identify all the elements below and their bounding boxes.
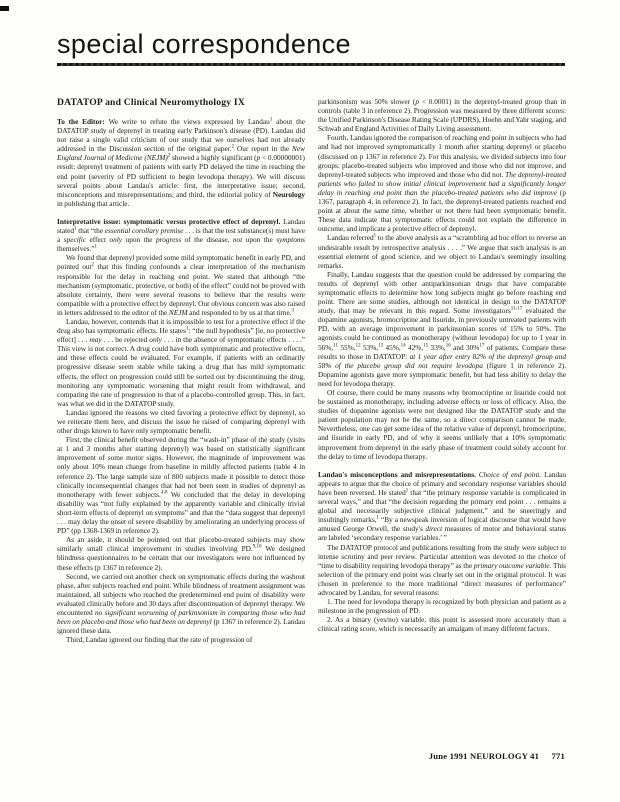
text-run: We write to refute the views expressed b… [109, 117, 270, 126]
masthead-rule [57, 63, 565, 66]
section-title: special correspondence [57, 30, 565, 60]
text-run: . . . in the absence of symptomatic effe… [57, 335, 305, 408]
text-run: essential corollary premise [105, 226, 184, 235]
article-body: DATATOP and Clinical Neuromythology IX T… [57, 97, 567, 644]
text-run: symptoms [276, 235, 305, 244]
reference-superscript: 3 [292, 308, 295, 313]
paragraph: Interpretative issue: symptomatic versus… [57, 217, 305, 253]
text-run: of the disease, [181, 235, 233, 244]
footer-page-number: 771 [552, 751, 566, 761]
paragraph: 1. The need for levodopa therapy is reco… [318, 597, 566, 615]
paragraph: Fourth, Landau ignored the comparison of… [318, 133, 566, 233]
text-run: themselves.” [57, 244, 95, 253]
paragraph: Landau referred1 to the above analysis a… [318, 233, 566, 269]
text-column-right: parkinsonism was 50% slower (p < 0.0001)… [318, 97, 566, 644]
text-run: upon the [122, 235, 156, 244]
paragraph: Finally, Landau suggests that the questi… [318, 270, 566, 388]
paragraph: Third, Landau ignored our finding that t… [57, 635, 305, 644]
text-run: Neurology [273, 190, 305, 199]
paragraph: 2. As a binary (yes/no) variable, this p… [318, 615, 566, 633]
text-run: not [233, 235, 242, 244]
text-run: effect [86, 235, 109, 244]
text-run: upon the [242, 235, 276, 244]
text-run: and 30% [451, 343, 480, 352]
text-run: Landau referred [327, 233, 374, 242]
text-run: primary outcome variable. [474, 561, 552, 570]
text-run: 1. The need for levodopa therapy is reco… [318, 597, 566, 615]
paragraph: First, the clinical benefit observed dur… [57, 435, 305, 535]
text-run: and responded to by us at that time. [188, 308, 292, 317]
paragraph: To the Editor: We write to refute the vi… [57, 117, 305, 208]
footer-journal: NEUROLOGY 41 [470, 751, 539, 761]
text-run: in publishing that article. [57, 199, 129, 208]
footer-issue: June 1991 [429, 751, 468, 761]
text-run: Interpretative issue: symptomatic versus… [57, 217, 283, 226]
text-run: 42%, [406, 343, 424, 352]
paragraph: Landau's misconceptions and misrepresent… [318, 470, 566, 543]
text-run: showed a highly significant ( [170, 153, 256, 162]
text-run: 2. As a binary (yes/no) variable, this p… [318, 615, 566, 633]
reference-superscript: 1 [95, 245, 98, 250]
text-run: . . . be rejected [102, 335, 150, 344]
reference-superscript: 4-8 [161, 490, 168, 495]
text-run: specific [64, 235, 86, 244]
paragraph: Landau ignored the reasons we cited favo… [57, 408, 305, 435]
text-run: that “the [77, 226, 105, 235]
text-run: only [149, 335, 162, 344]
text-run: progress [156, 235, 181, 244]
text-run: NEJM [169, 308, 188, 317]
paragraph: As an aside, it should be pointed out th… [57, 535, 305, 571]
text-run: may [90, 335, 102, 344]
text-run: only [109, 235, 122, 244]
text-run: 33%, [428, 343, 446, 352]
text-run: 45%, [383, 343, 401, 352]
article-title: DATATOP and Clinical Neuromythology IX [57, 97, 305, 108]
scan-corner-mark [0, 6, 9, 11]
paragraph: We found that deprenyl provided some mil… [57, 253, 305, 317]
text-run: 55%, [338, 343, 356, 352]
text-run: Of course, there could be many reasons w… [318, 388, 566, 461]
page-footer: June 1991 NEUROLOGY 41 771 [429, 751, 565, 761]
text-run: 53%, [361, 343, 379, 352]
text-column-left: DATATOP and Clinical Neuromythology IX T… [57, 97, 305, 644]
reference-superscript: 11-17 [511, 307, 522, 312]
paragraph: parkinsonism was 50% slower (p < 0.0001)… [318, 97, 566, 133]
text-run: parkinsonism was 50% slower ( [318, 97, 415, 106]
text-run: Landau ignored the reasons we cited favo… [57, 408, 305, 435]
text-run: To the Editor: [57, 117, 109, 126]
paragraph: Of course, there could be many reasons w… [318, 388, 566, 461]
text-run: Choice of end point. [479, 470, 544, 479]
text-run: direct [425, 524, 442, 533]
text-run: Third, Landau ignored our finding that t… [66, 635, 252, 644]
text-run: Our report in the [234, 144, 292, 153]
paragraph: The DATATOP protocol and publications re… [318, 543, 566, 598]
journal-page: special correspondence DATATOP and Clini… [0, 0, 620, 802]
section-masthead: special correspondence [57, 30, 565, 66]
paragraph: Landau, however, contends that it is imp… [57, 317, 305, 408]
text-run: Landau's misconceptions and misrepresent… [318, 470, 479, 479]
paragraph: Second, we carried out another check on … [57, 572, 305, 636]
